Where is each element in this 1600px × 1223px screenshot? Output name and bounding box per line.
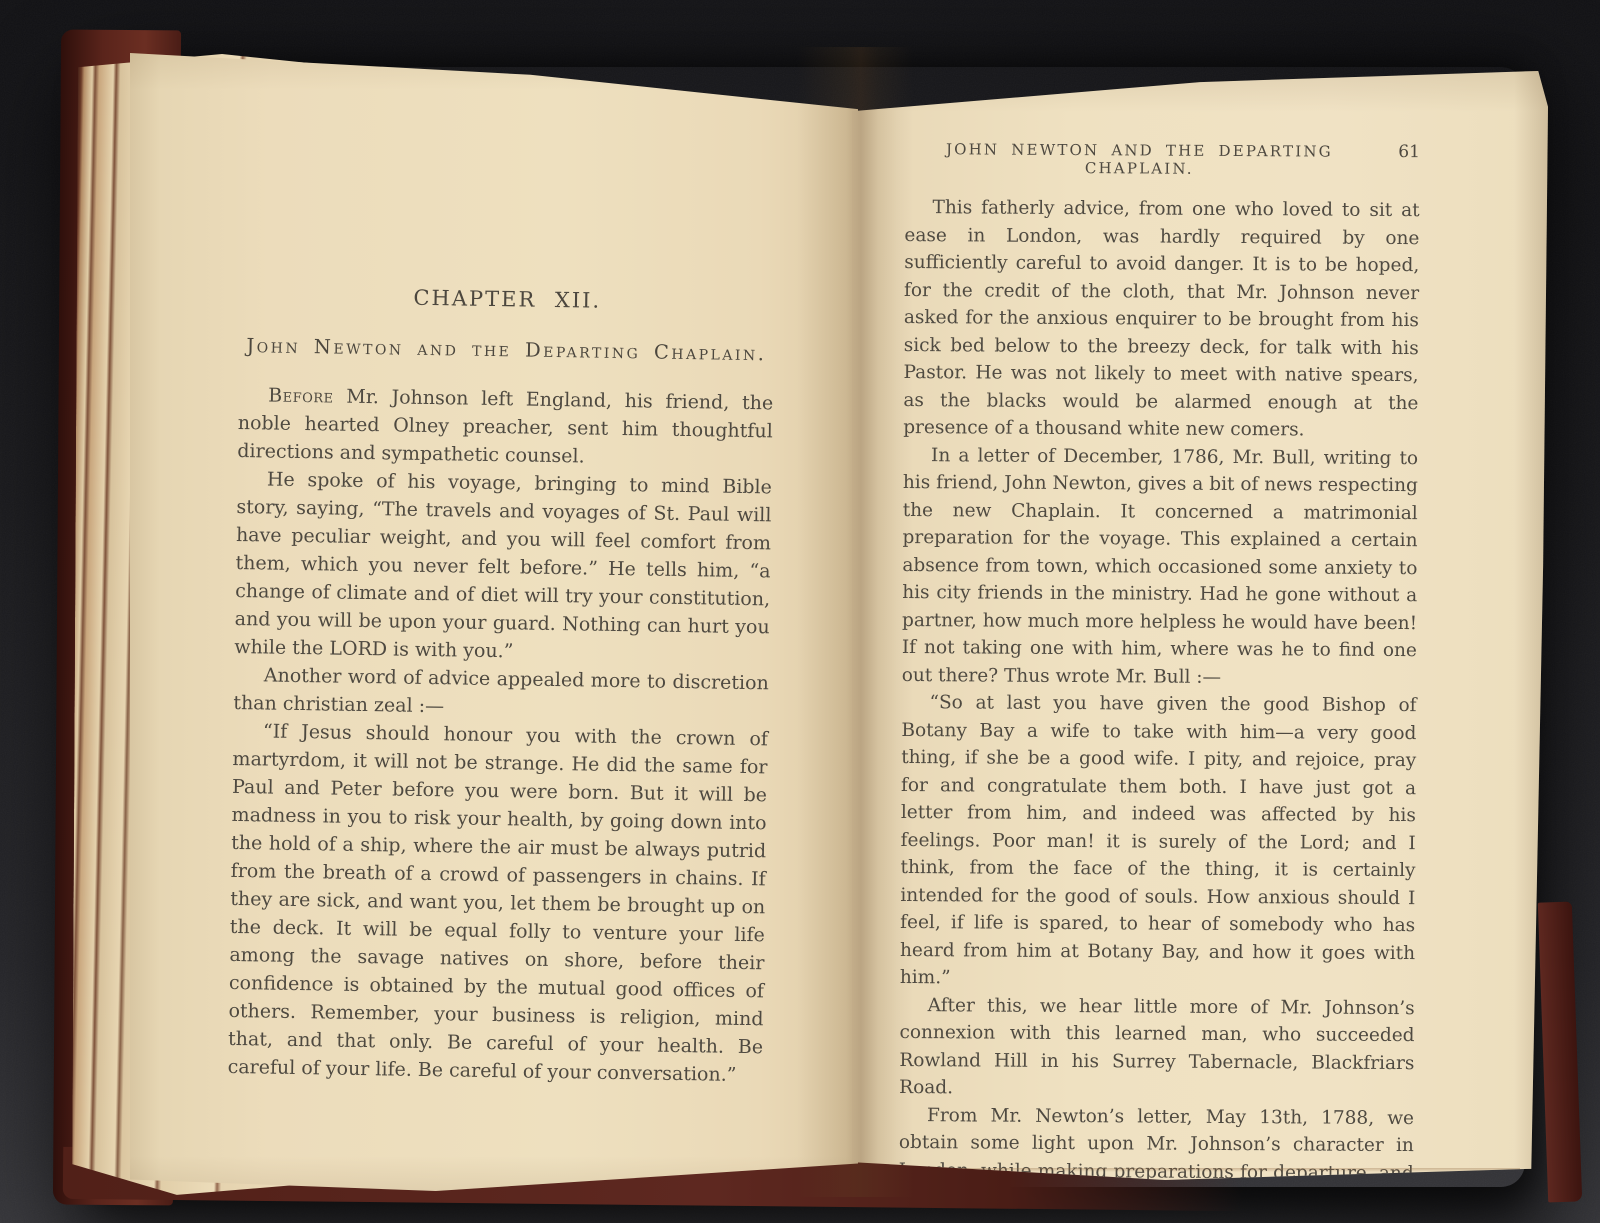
page-number: 61: [1398, 142, 1420, 162]
book-cover-right-edge: [1538, 901, 1582, 1202]
paragraph: Before Mr. Johnson left England, his fri…: [237, 381, 773, 473]
paragraph: Another word of advice appealed more to …: [233, 661, 769, 725]
right-page-text-block: JOHN NEWTON AND THE DEPARTING CHAPLAIN. …: [898, 140, 1420, 1215]
left-page-text-block: CHAPTER XII. John Newton and the Departi…: [227, 283, 774, 1089]
left-page: CHAPTER XII. John Newton and the Departi…: [130, 45, 858, 1191]
section-heading: John Newton and the Departing Chaplain.: [239, 334, 774, 365]
chapter-heading: CHAPTER XII.: [240, 283, 775, 315]
book: CHAPTER XII. John Newton and the Departi…: [55, 22, 1580, 1207]
right-page-body: This fatherly advice, from one who loved…: [898, 194, 1419, 1215]
paragraph: He spoke of his voyage, bringing to mind…: [234, 465, 772, 669]
paragraph: After this, we hear little more of Mr. J…: [899, 991, 1415, 1104]
photo-background: CHAPTER XII. John Newton and the Departi…: [0, 0, 1600, 1223]
paragraph: This fatherly advice, from one who loved…: [903, 194, 1420, 445]
lead-word: Before: [268, 384, 334, 407]
running-header-row: JOHN NEWTON AND THE DEPARTING CHAPLAIN. …: [905, 140, 1420, 167]
running-header: JOHN NEWTON AND THE DEPARTING CHAPLAIN.: [905, 140, 1420, 179]
paragraph: In a letter of December, 1786, Mr. Bull,…: [902, 441, 1419, 692]
paragraph: “If Jesus should honour you with the cro…: [227, 717, 768, 1089]
paragraph: “So at last you have given the good Bish…: [900, 689, 1417, 995]
left-page-body: Before Mr. Johnson left England, his fri…: [227, 381, 773, 1089]
right-page: JOHN NEWTON AND THE DEPARTING CHAPLAIN. …: [852, 62, 1548, 1180]
